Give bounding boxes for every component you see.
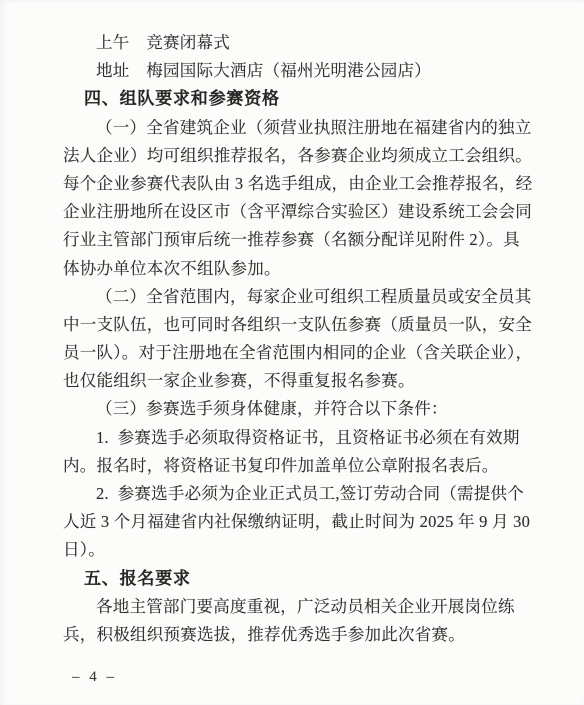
section-heading-5: 五、报名要求 (63, 565, 528, 593)
doc-line-numbered-1: 1. 参赛选手必须取得资格证书，且资格证书必须在有效期 (63, 424, 528, 452)
doc-line: （一）全省建筑企业（须营业执照注册地在福建省内的独立 (63, 114, 528, 142)
doc-line: 企业注册地所在设区市（含平潭综合实验区）建设系统工会会同 (63, 198, 528, 226)
page-number: – 4 – (72, 669, 117, 686)
section-heading-4: 四、组队要求和参赛资格 (63, 85, 528, 113)
address-line: 地址 梅园国际大酒店（福州光明港公园店） (63, 57, 528, 85)
doc-line: 兵，积极组织预赛选拔，推荐优秀选手参加此次省赛。 (63, 621, 528, 649)
doc-line: 中一支队伍，也可同时各组织一支队伍参赛（质量员一队，安全 (63, 311, 528, 339)
doc-line-numbered-2: 2. 参赛选手必须为企业正式员工,签订劳动合同（需提供个 (63, 480, 528, 508)
scanned-document-page: 上午 竞赛闭幕式 地址 梅园国际大酒店（福州光明港公园店） 四、组队要求和参赛资… (0, 0, 584, 705)
doc-line: 体协办单位本次不组队参加。 (63, 255, 528, 283)
doc-line: 员一队）。对于注册地在全省范围内相同的企业（含关联企业）， (63, 339, 528, 367)
doc-line: 也仅能组织一家企业参赛，不得重复报名参赛。 (63, 367, 528, 395)
schedule-line: 上午 竞赛闭幕式 (63, 29, 528, 57)
doc-line: （三）参赛选手须身体健康，并符合以下条件： (63, 395, 528, 423)
doc-line: 人近 3 个月福建省内社保缴纳证明，截止时间为 2025 年 9 月 30 (63, 508, 528, 536)
doc-line: 各地主管部门要高度重视，广泛动员相关企业开展岗位练 (63, 593, 528, 621)
doc-line: 行业主管部门预审后统一推荐参赛（名额分配详见附件 2）。具 (63, 226, 528, 254)
doc-line: （二）全省范围内，每家企业可组织工程质量员或安全员其 (63, 283, 528, 311)
doc-line: 内。报名时，将资格证书复印件加盖单位公章附报名表后。 (63, 452, 528, 480)
doc-line: 每个企业参赛代表队由 3 名选手组成，由企业工会推荐报名，经 (63, 170, 528, 198)
doc-line: 日）。 (63, 536, 528, 564)
document-body: 上午 竞赛闭幕式 地址 梅园国际大酒店（福州光明港公园店） 四、组队要求和参赛资… (63, 29, 528, 649)
doc-line: 法人企业）均可组织推荐报名，各参赛企业均须成立工会组织。 (63, 142, 528, 170)
